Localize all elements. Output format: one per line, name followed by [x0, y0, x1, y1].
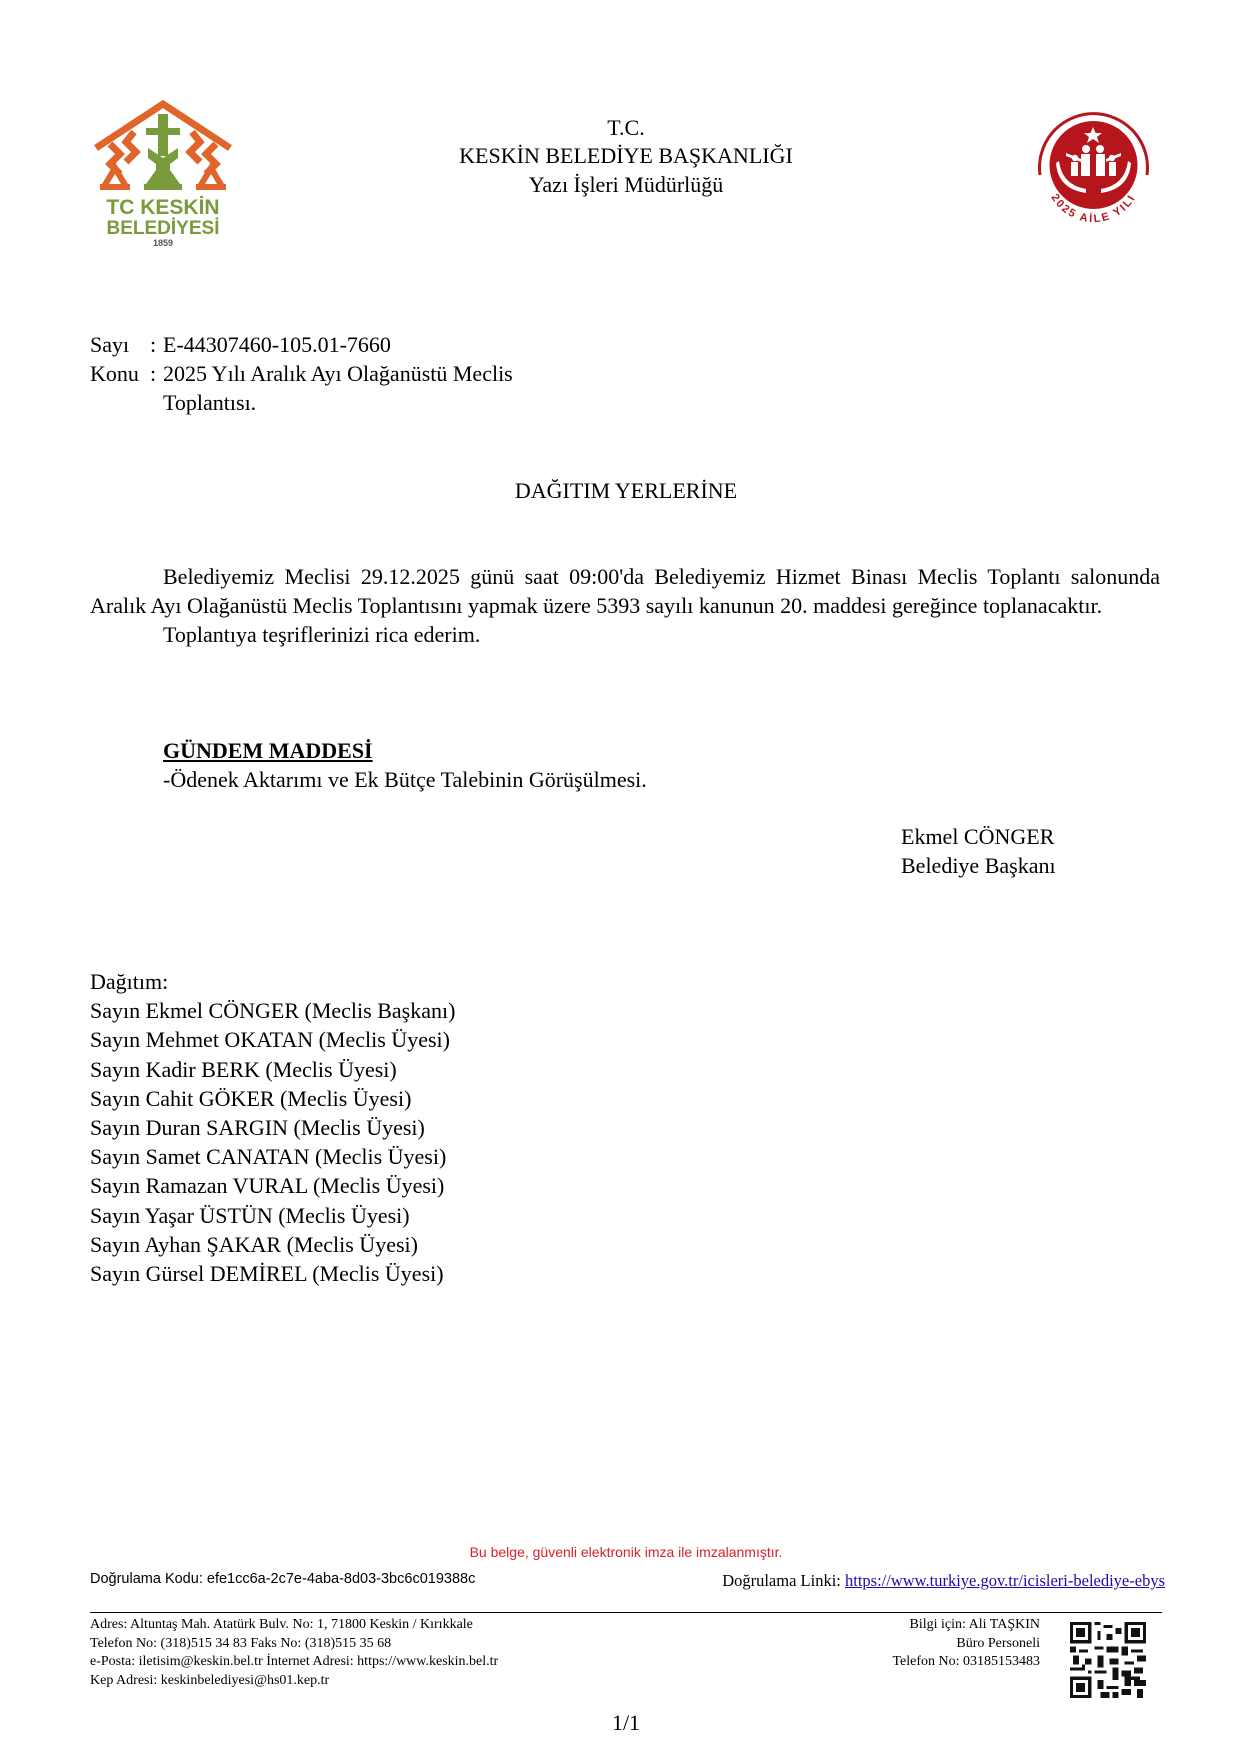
sayi-separator: :: [150, 330, 156, 359]
footer-contact-role: Büro Personeli: [892, 1635, 1040, 1654]
list-item: Sayın Samet CANATAN (Meclis Üyesi): [90, 1142, 455, 1171]
distribution-label: Dağıtım:: [90, 967, 455, 996]
esignature-note: Bu belge, güvenli elektronik imza ile im…: [0, 1544, 1241, 1560]
agenda-title: GÜNDEM MADDESİ: [163, 736, 373, 765]
sayi-value: E-44307460-105.01-7660: [163, 330, 391, 359]
svg-text:BELEDİYESİ: BELEDİYESİ: [107, 218, 220, 239]
verification-code-label: Doğrulama Kodu:: [90, 1571, 203, 1587]
verification-link: Doğrulama Linki: https://www.turkiye.gov…: [722, 1571, 1165, 1591]
konu-label: Konu: [90, 359, 139, 388]
sayi-label: Sayı: [90, 330, 129, 359]
family-year-logo: 2025 AİLE YILI: [1026, 103, 1161, 238]
svg-text:TC KESKİN: TC KESKİN: [106, 196, 219, 219]
family-year-icon: 2025 AİLE YILI: [1026, 103, 1161, 238]
konu-separator: :: [150, 359, 156, 388]
footer-contact-phone: Telefon No: 03185153483: [892, 1653, 1040, 1672]
footer-phone-fax: Telefon No: (318)515 34 83 Faks No: (318…: [90, 1635, 498, 1654]
list-item: Sayın Mehmet OKATAN (Meclis Üyesi): [90, 1025, 455, 1054]
letter-body: Belediyemiz Meclisi 29.12.2025 günü saat…: [90, 562, 1160, 649]
list-item: Sayın Duran SARGIN (Meclis Üyesi): [90, 1113, 455, 1142]
page-number: 1/1: [0, 1708, 1241, 1737]
agenda-item: -Ödenek Aktarımı ve Ek Bütçe Talebinin G…: [163, 765, 647, 794]
verification-link-label: Doğrulama Linki:: [722, 1571, 841, 1590]
signatory-title: Belediye Başkanı: [901, 851, 1056, 880]
footer-address: Adres: Altuntaş Mah. Atatürk Bulv. No: 1…: [90, 1616, 498, 1635]
footer-email-web: e-Posta: iletisim@keskin.bel.tr İnternet…: [90, 1653, 498, 1672]
verification-link-url[interactable]: https://www.turkiye.gov.tr/icisleri-bele…: [845, 1571, 1165, 1590]
footer-kep: Kep Adresi: keskinbelediyesi@hs01.kep.tr: [90, 1672, 498, 1691]
konu-value-continued: Toplantısı.: [163, 388, 256, 417]
verification-code-value: efe1cc6a-2c7e-4aba-8d03-3bc6c019388c: [207, 1571, 475, 1587]
signatory-name: Ekmel CÖNGER: [901, 822, 1054, 851]
konu-value: 2025 Yılı Aralık Ayı Olağanüstü Meclis: [163, 359, 513, 388]
list-item: Sayın Yaşar ÜSTÜN (Meclis Üyesi): [90, 1201, 455, 1230]
list-item: Sayın Ekmel CÖNGER (Meclis Başkanı): [90, 996, 455, 1025]
qr-code-icon: [1070, 1622, 1146, 1698]
body-paragraph-2: Toplantıya teşriflerinizi rica ederim.: [90, 620, 1160, 649]
svg-text:1859: 1859: [153, 238, 173, 248]
footer-address-block: Adres: Altuntaş Mah. Atatürk Bulv. No: 1…: [90, 1616, 498, 1690]
list-item: Sayın Kadir BERK (Meclis Üyesi): [90, 1055, 455, 1084]
distribution-list: Dağıtım: Sayın Ekmel CÖNGER (Meclis Başk…: [90, 967, 455, 1288]
list-item: Sayın Cahit GÖKER (Meclis Üyesi): [90, 1084, 455, 1113]
list-item: Sayın Gürsel DEMİREL (Meclis Üyesi): [90, 1259, 455, 1288]
body-paragraph-1: Belediyemiz Meclisi 29.12.2025 günü saat…: [90, 562, 1160, 620]
addressee: DAĞITIM YERLERİNE: [0, 476, 1241, 505]
footer-divider: [90, 1612, 1162, 1613]
footer-contact-block: Bilgi için: Ali TAŞKIN Büro Personeli Te…: [892, 1616, 1040, 1672]
list-item: Sayın Ayhan ŞAKAR (Meclis Üyesi): [90, 1230, 455, 1259]
verification-code: Doğrulama Kodu: efe1cc6a-2c7e-4aba-8d03-…: [90, 1571, 475, 1587]
footer-contact-person: Bilgi için: Ali TAŞKIN: [892, 1616, 1040, 1635]
list-item: Sayın Ramazan VURAL (Meclis Üyesi): [90, 1171, 455, 1200]
